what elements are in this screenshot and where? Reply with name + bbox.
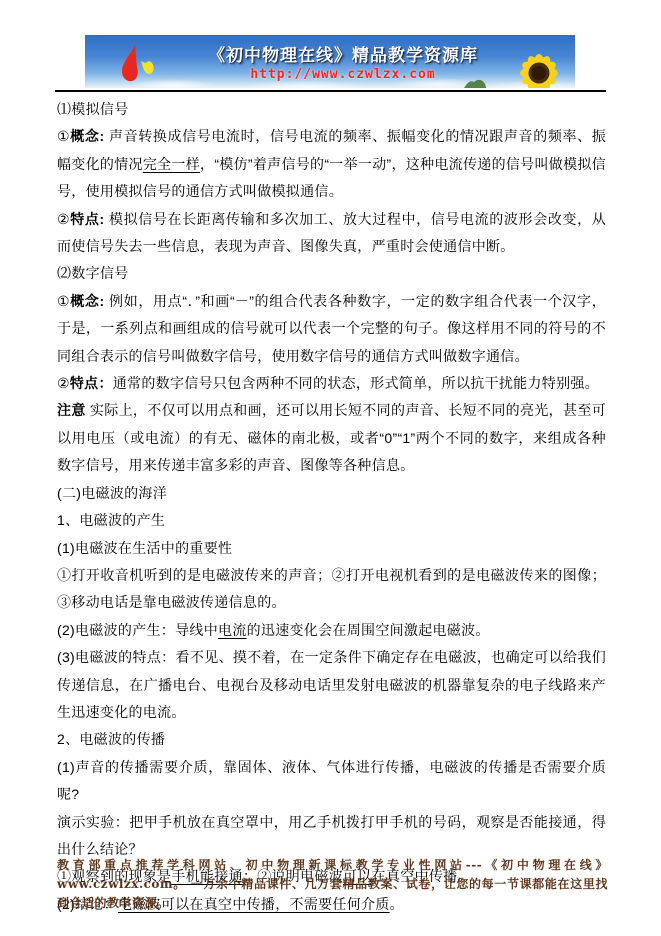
paragraph: (3)电磁波的特点：看不见、摸不着，在一定条件下确定存在电磁波，也确定可以给我们… (57, 644, 606, 726)
banner-text-block: 《初中物理在线》精品教学资源库 http://www.czwlzx.com (193, 41, 493, 82)
paragraph: ①概念: 例如，用点“．”和画“－”的组合代表各种数字，一定的数字组合代表一个汉… (57, 288, 606, 370)
text-segment: 完全一样 (143, 156, 200, 172)
text-segment: (1)电磁波在生活中的重要性 (57, 540, 232, 556)
text-segment: 通常的数字信号只包含两种不同的状态，形式简单，所以抗干扰能力特别强。 (113, 375, 599, 391)
paragraph: ①概念: 声音转换成信号电流时，信号电流的频率、振幅变化的情况跟声音的频率、振幅… (57, 123, 606, 205)
text-segment: 1、电磁波的产生 (57, 512, 165, 528)
paragraph: (二)电磁波的海洋 (57, 480, 606, 507)
document-page: 《初中物理在线》精品教学资源库 http://www.czwlzx.com (0, 0, 661, 936)
text-segment: ①打开收音机听到的是电磁波传来的声音；②打开电视机看到的是电磁波传来的图像；③移… (57, 567, 606, 610)
text-segment: (二)电磁波的海洋 (57, 485, 167, 501)
text-segment: (1)声音的传播需要介质，靠固体、液体、气体进行传播，电磁波的传播是否需要介质呢… (57, 759, 606, 802)
text-segment: 电流 (218, 622, 247, 638)
sunflower-image (495, 47, 573, 88)
text-segment: 2、电磁波的传播 (57, 731, 165, 747)
paragraph: (1)电磁波在生活中的重要性 (57, 535, 606, 562)
text-segment: ① (57, 128, 70, 144)
document-body: ⑴模拟信号①概念: 声音转换成信号电流时，信号电流的频率、振幅变化的情况跟声音的… (57, 96, 606, 918)
site-title: 《初中物理在线》精品教学资源库 (193, 41, 493, 66)
site-logo-icon (113, 43, 161, 85)
paragraph: 注意 实际上，不仅可以用点和画，还可以用长短不同的声音、长短不同的亮光，甚至可以… (57, 397, 606, 479)
paragraph: ⑵数字信号 (57, 260, 606, 287)
divider-line (55, 90, 606, 92)
text-segment: 模拟信号在长距离传输和多次加工、放大过程中，信号电流的波形会改变，从而使信号失去… (57, 211, 606, 254)
text-segment: 实际上，不仅可以用点和画，还可以用长短不同的声音、长短不同的亮光，甚至可以用电压… (57, 402, 606, 473)
paragraph: ②特点: 模拟信号在长距离传输和多次加工、放大过程中，信号电流的波形会改变，从而… (57, 206, 606, 261)
text-segment: ② (57, 375, 70, 391)
text-segment: 特点： (70, 375, 113, 391)
text-segment: 的迅速变化会在周围空间激起电磁波。 (247, 622, 490, 638)
site-banner: 《初中物理在线》精品教学资源库 http://www.czwlzx.com (85, 35, 575, 88)
paragraph: (1)声音的传播需要介质，靠固体、液体、气体进行传播，电磁波的传播是否需要介质呢… (57, 754, 606, 809)
text-segment: 注意 (57, 402, 86, 418)
text-segment: ② (57, 211, 70, 227)
text-segment: 例如，用点“．”和画“－”的组合代表各种数字，一定的数字组合代表一个汉字，于是，… (57, 293, 606, 364)
paragraph: 1、电磁波的产生 (57, 507, 606, 534)
site-url-link[interactable]: http://www.czwlzx.com (193, 67, 493, 82)
text-segment: ① (57, 293, 70, 309)
grass-decoration (461, 72, 487, 88)
text-segment: 概念: (70, 128, 104, 144)
paragraph: (2)电磁波的产生：导线中电流的迅速变化会在周围空间激起电磁波。 (57, 617, 606, 644)
text-segment: (3)电磁波的特点：看不见、摸不着，在一定条件下确定存在电磁波，也确定可以给我们… (57, 649, 606, 720)
paragraph: ②特点：通常的数字信号只包含两种不同的状态，形式简单，所以抗干扰能力特别强。 (57, 370, 606, 397)
text-segment: (2)电磁波的产生：导线中 (57, 622, 218, 638)
text-segment: 特点: (70, 211, 104, 227)
text-segment: 演示实验：把甲手机放在真空罩中，用乙手机拨打甲手机的号码，观察是否能接通，得出什… (57, 814, 606, 857)
text-segment: ⑴模拟信号 (57, 101, 129, 117)
text-segment: 概念: (70, 293, 104, 309)
paragraph: ⑴模拟信号 (57, 96, 606, 123)
text-segment: ⑵数字信号 (57, 265, 129, 281)
footer-note: 教育部重点推荐学科网站、初中物理新课标教学专业性网站---《初中物理在线》www… (57, 856, 608, 913)
paragraph: ①打开收音机听到的是电磁波传来的声音；②打开电视机看到的是电磁波传来的图像；③移… (57, 562, 606, 617)
paragraph: 2、电磁波的传播 (57, 726, 606, 753)
